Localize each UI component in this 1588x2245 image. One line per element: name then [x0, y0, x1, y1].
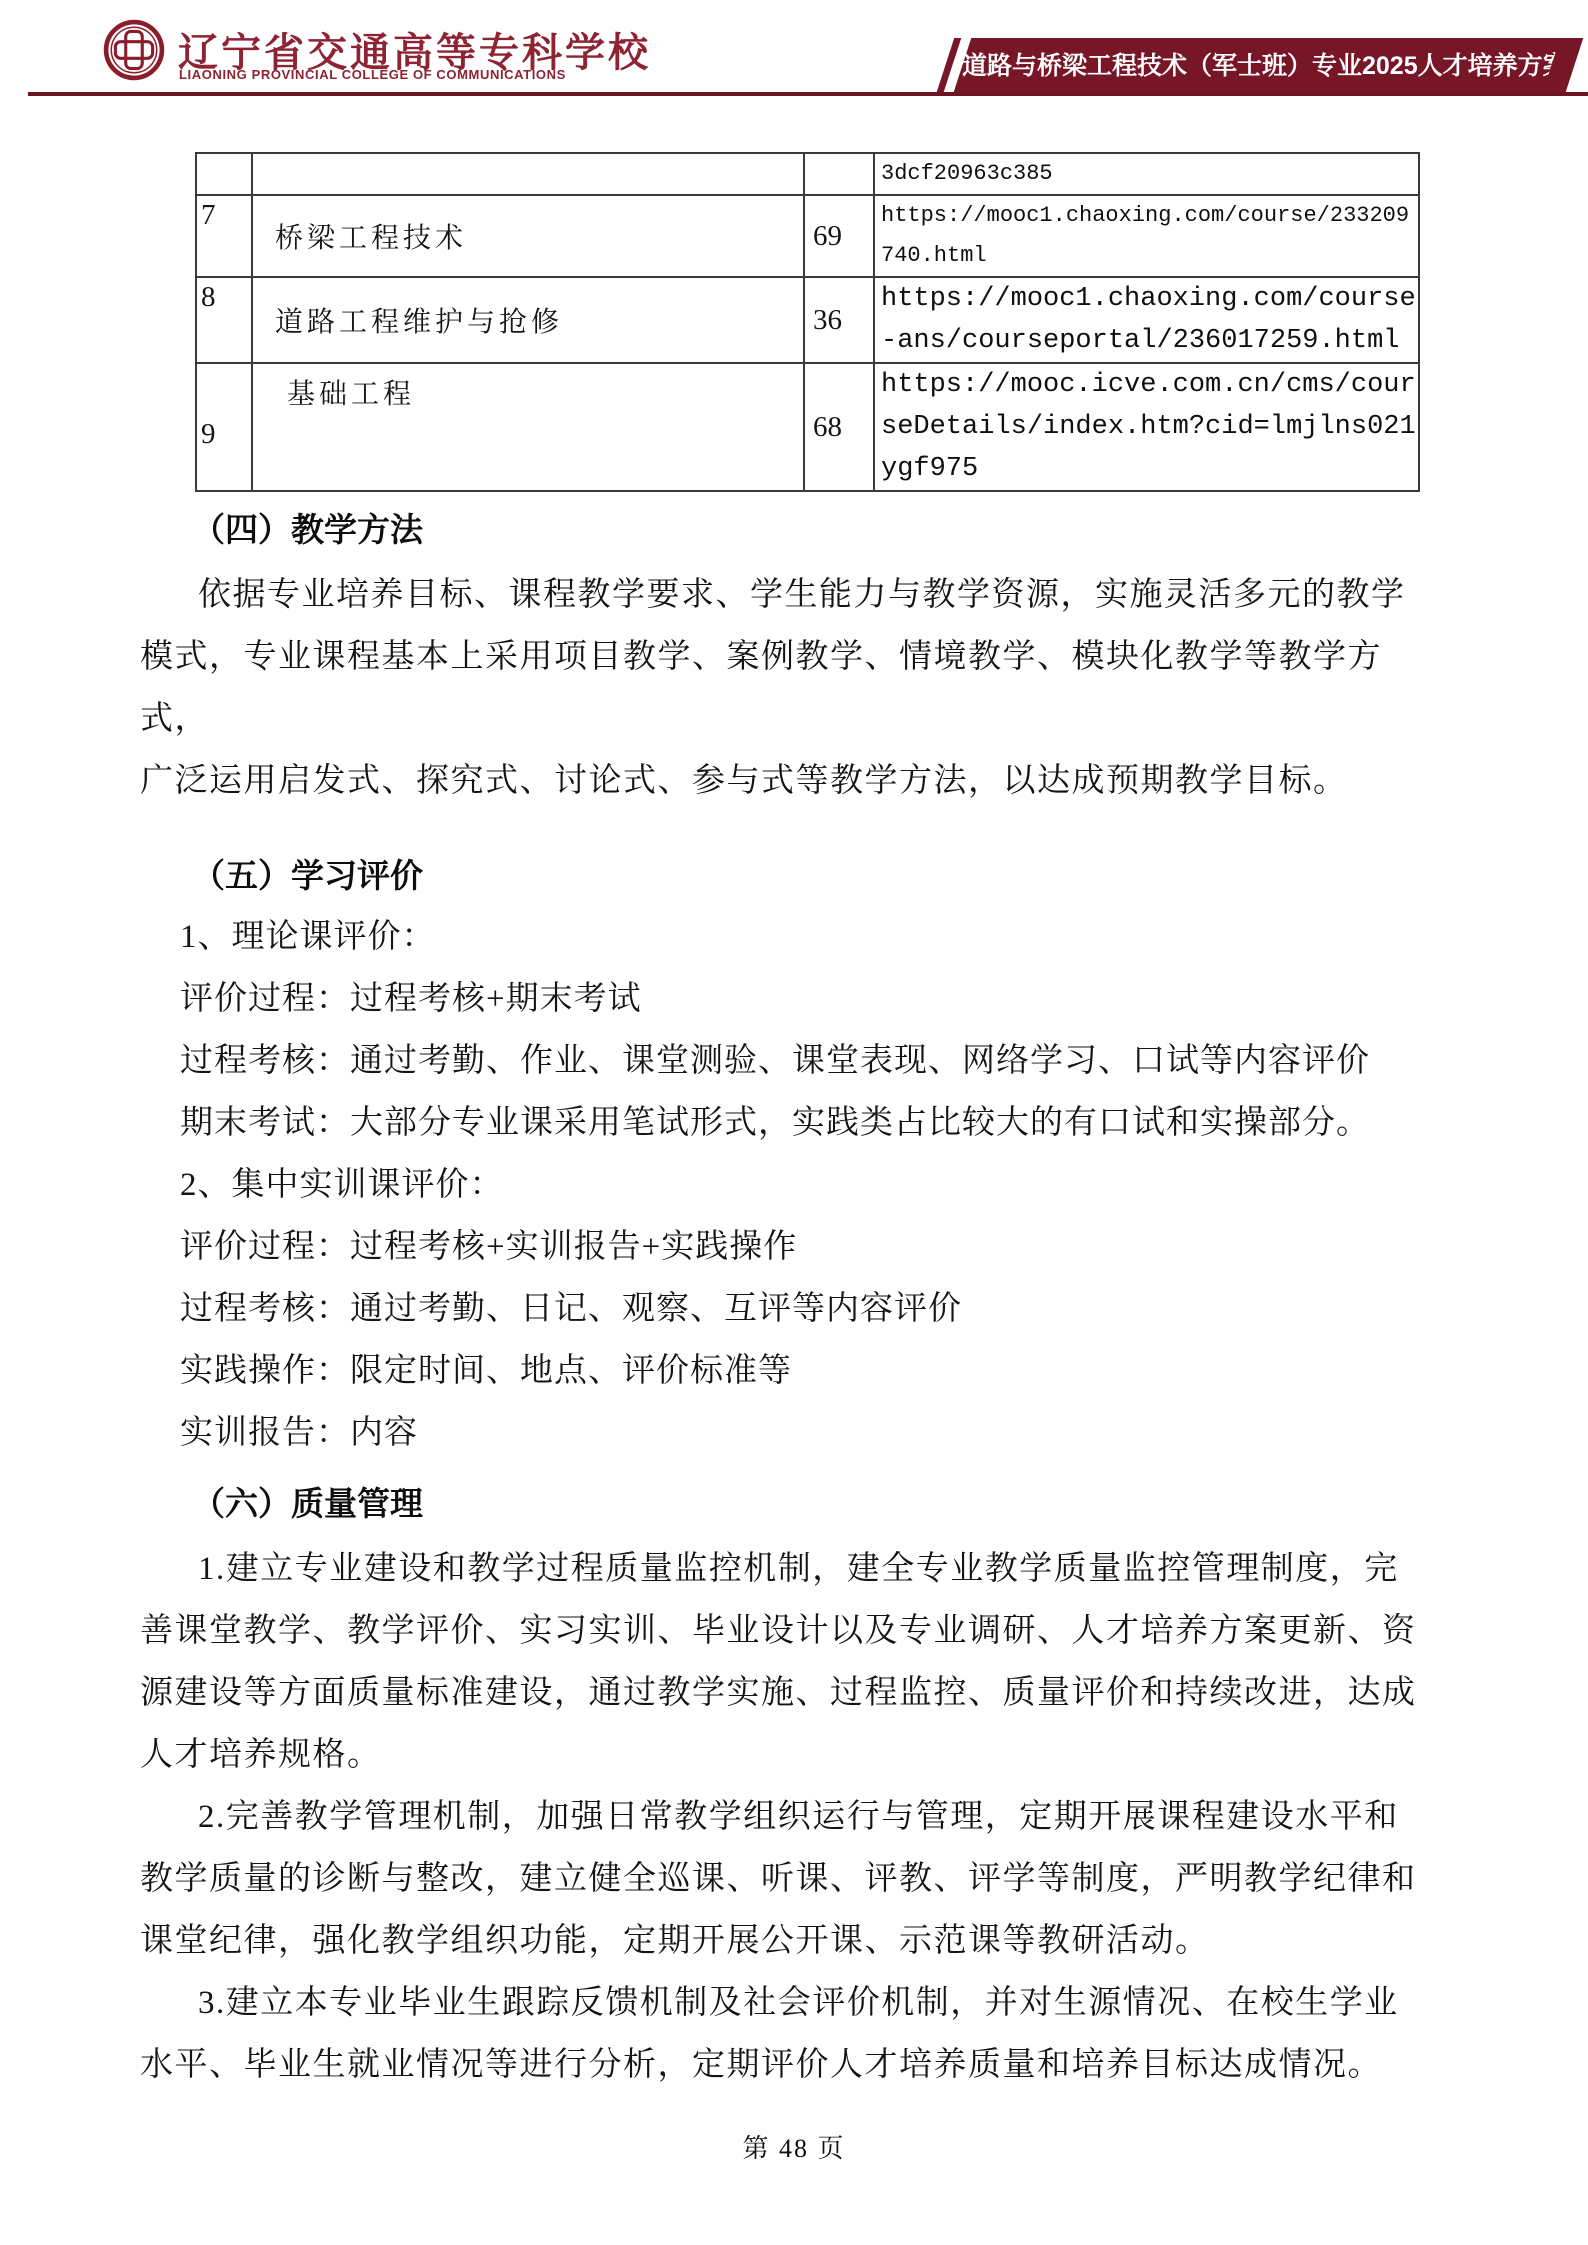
list-item: 过程考核：通过考勤、作业、课堂测验、课堂表现、网络学习、口试等内容评价	[140, 1030, 1450, 1092]
program-title: 道路与桥梁工程技术（军士班）专业2025人才培养方案	[962, 38, 1558, 95]
course-hours: 68	[804, 363, 874, 491]
table-row: 3dcf20963c385	[196, 153, 1419, 195]
course-resource-table: 3dcf20963c385 7 桥梁工程技术 69 https://mooc1.…	[195, 152, 1420, 492]
course-name	[252, 153, 804, 195]
document-body: 3dcf20963c385 7 桥梁工程技术 69 https://mooc1.…	[0, 152, 1588, 2096]
list-item: 期末考试：大部分专业课采用笔试形式，实践类占比较大的有口试和实操部分。	[140, 1092, 1450, 1154]
course-url: https://mooc.icve.com.cn/cms/cour seDeta…	[874, 363, 1419, 491]
school-seal-icon	[103, 19, 165, 81]
course-no: 7	[196, 195, 252, 277]
section-heading: （四）教学方法	[140, 510, 1450, 550]
section-quality-management: （六）质量管理 1.建立专业建设和教学过程质量监控机制，建全专业教学质量监控管理…	[140, 1484, 1450, 2096]
course-name: 道路工程维护与抢修	[252, 277, 804, 363]
table-row: 8 道路工程维护与抢修 36 https://mooc1.chaoxing.co…	[196, 277, 1419, 363]
course-hours	[804, 153, 874, 195]
list-item: 评价过程：过程考核+期末考试	[140, 968, 1450, 1030]
list-item: 实训报告：内容	[140, 1402, 1450, 1464]
section-heading: （六）质量管理	[140, 1484, 1450, 1524]
list-item: 2、集中实训课评价：	[140, 1154, 1450, 1216]
section-paragraph: 2.完善教学管理机制，加强日常教学组织运行与管理，定期开展课程建设水平和 教学质…	[140, 1786, 1450, 1972]
list-item: 1、理论课评价：	[140, 906, 1450, 968]
section-heading: （五）学习评价	[140, 856, 1450, 896]
page-header: 辽宁省交通高等专科学校 LIAONING PROVINCIAL COLLEGE …	[0, 0, 1588, 97]
list-item: 过程考核：通过考勤、日记、观察、互评等内容评价	[140, 1278, 1450, 1340]
document-page: 辽宁省交通高等专科学校 LIAONING PROVINCIAL COLLEGE …	[0, 0, 1588, 2245]
section-paragraph: 依据专业培养目标、课程教学要求、学生能力与教学资源，实施灵活多元的教学 模式，专…	[140, 564, 1450, 812]
school-name-english: LIAONING PROVINCIAL COLLEGE OF COMMUNICA…	[179, 67, 566, 82]
course-hours: 36	[804, 277, 874, 363]
course-name: 基础工程	[252, 363, 804, 491]
section-learning-evaluation: （五）学习评价 1、理论课评价： 评价过程：过程考核+期末考试 过程考核：通过考…	[140, 856, 1450, 1464]
list-item: 实践操作：限定时间、地点、评价标准等	[140, 1340, 1450, 1402]
header-divider	[28, 92, 1588, 96]
course-url: 3dcf20963c385	[874, 153, 1419, 195]
section-teaching-methods: （四）教学方法 依据专业培养目标、课程教学要求、学生能力与教学资源，实施灵活多元…	[140, 510, 1450, 812]
course-no	[196, 153, 252, 195]
course-url: https://mooc1.chaoxing.com/course -ans/c…	[874, 277, 1419, 363]
section-paragraph: 1.建立专业建设和教学过程质量监控机制，建全专业教学质量监控管理制度，完 善课堂…	[140, 1538, 1450, 1786]
table-row: 7 桥梁工程技术 69 https://mooc1.chaoxing.com/c…	[196, 195, 1419, 277]
evaluation-items: 1、理论课评价： 评价过程：过程考核+期末考试 过程考核：通过考勤、作业、课堂测…	[140, 906, 1450, 1464]
course-hours: 69	[804, 195, 874, 277]
course-no: 9	[196, 363, 252, 491]
section-paragraph: 3.建立本专业毕业生跟踪反馈机制及社会评价机制，并对生源情况、在校生学业 水平、…	[140, 1972, 1450, 2096]
program-title-banner: 道路与桥梁工程技术（军士班）专业2025人才培养方案	[953, 38, 1568, 95]
course-no: 8	[196, 277, 252, 363]
list-item: 评价过程：过程考核+实训报告+实践操作	[140, 1216, 1450, 1278]
course-url: https://mooc1.chaoxing.com/course/233209…	[874, 195, 1419, 277]
course-name: 桥梁工程技术	[252, 195, 804, 277]
page-number: 第 48 页	[0, 2128, 1588, 2165]
table-row: 9 基础工程 68 https://mooc.icve.com.cn/cms/c…	[196, 363, 1419, 491]
